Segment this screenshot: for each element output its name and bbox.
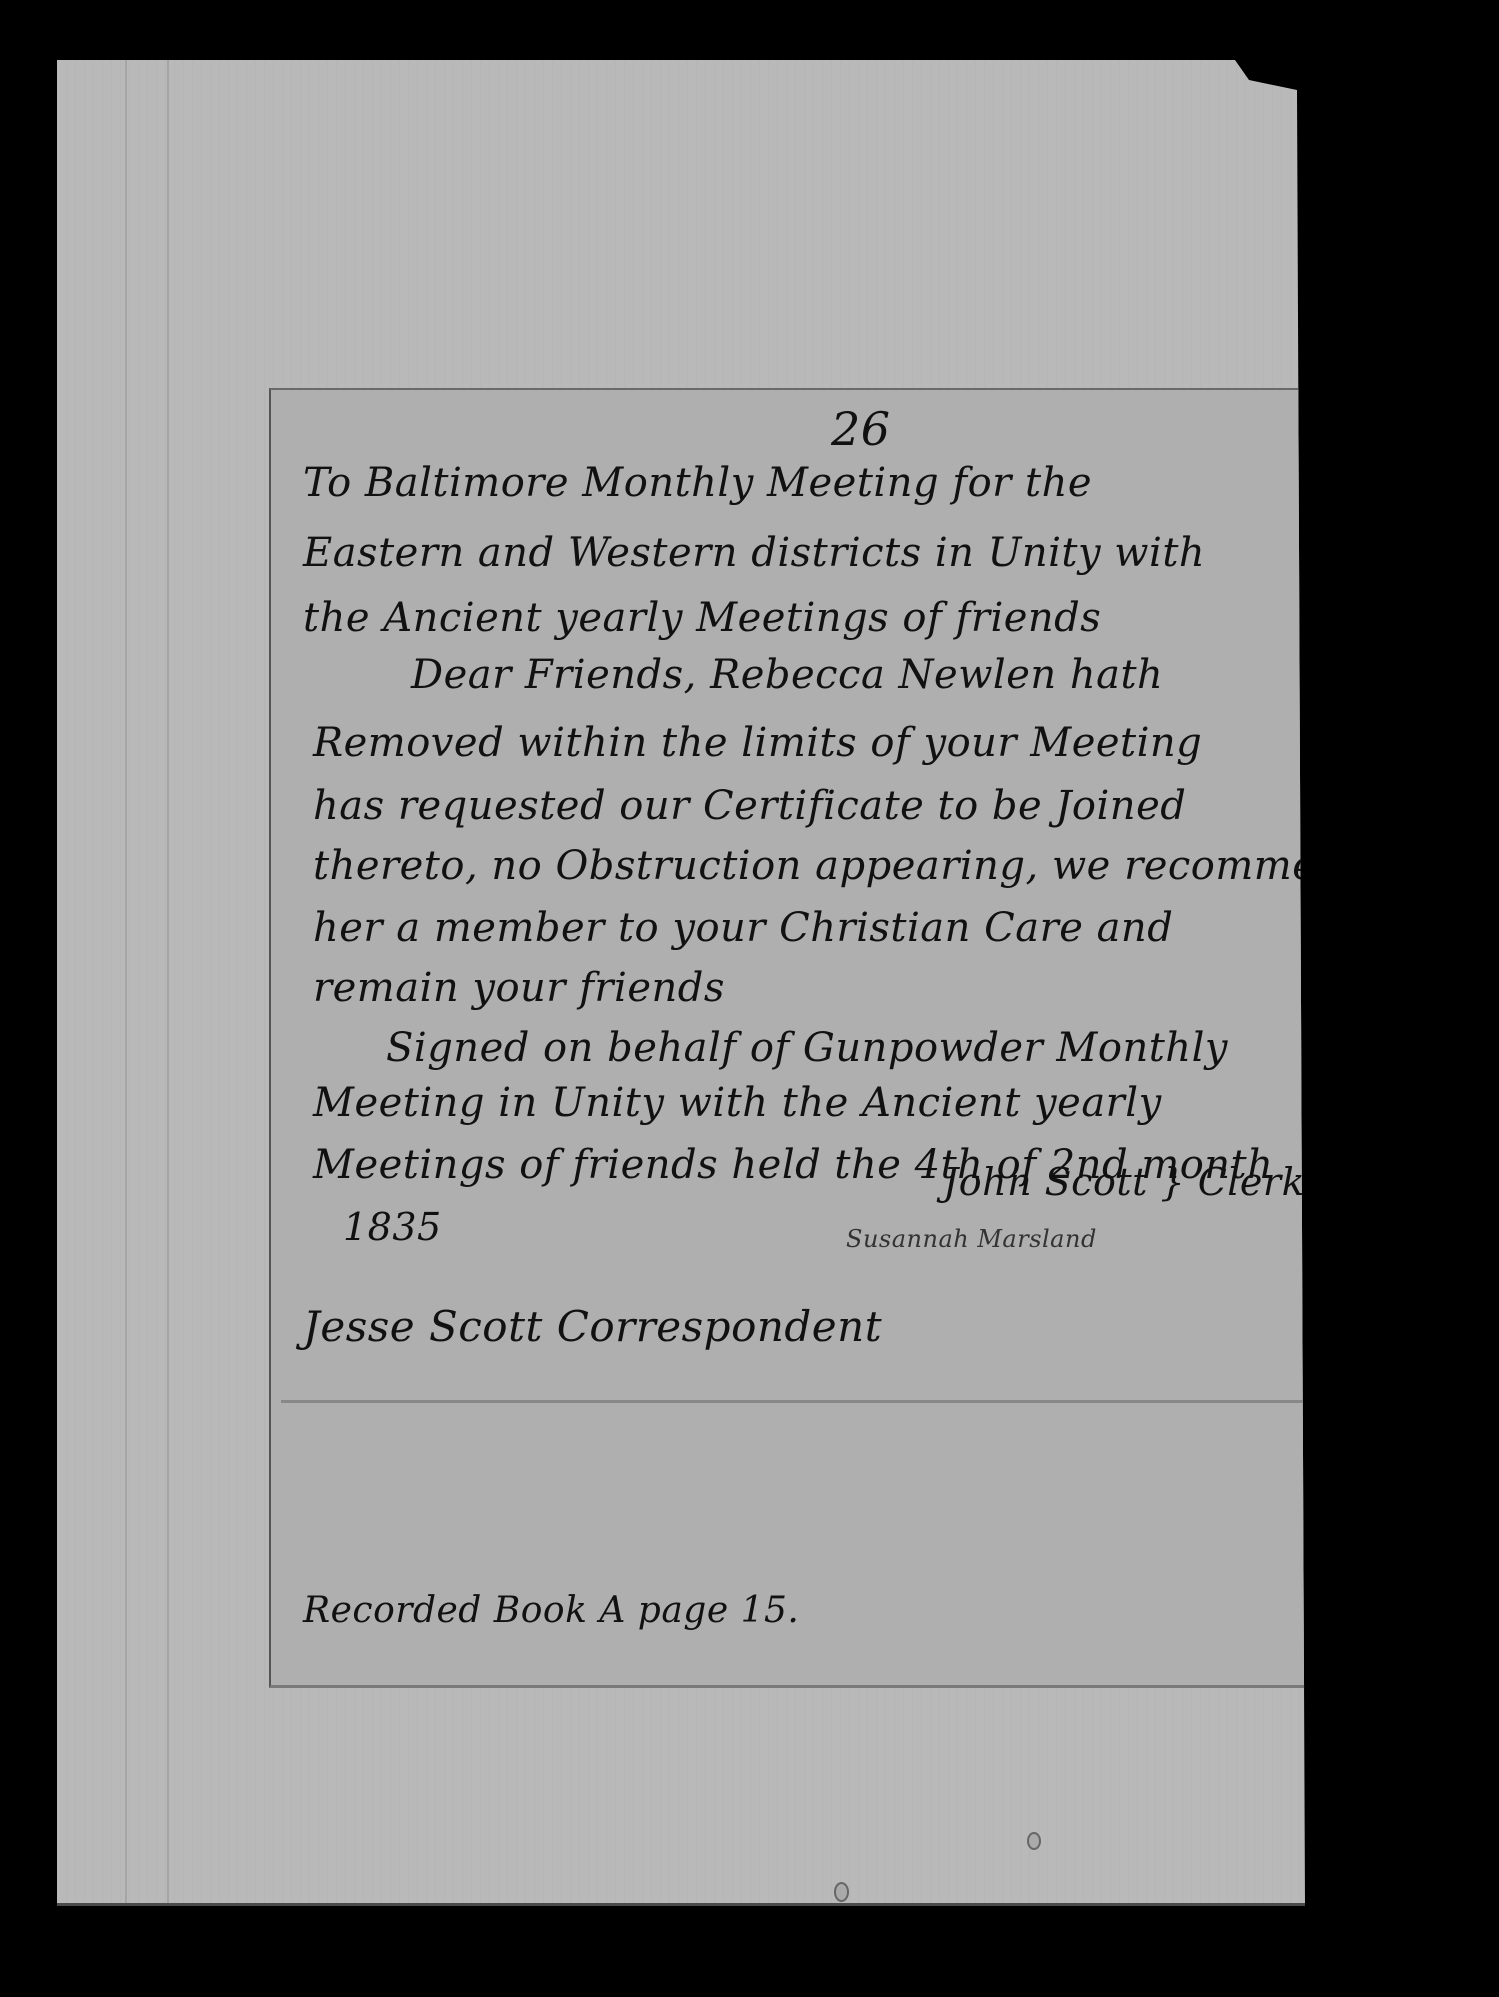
letter-line-body: her a member to your Christian Care and xyxy=(313,905,1173,951)
letter-line-closing: remain your friends xyxy=(313,965,725,1011)
margin-line xyxy=(125,60,127,1903)
letter-line-body: thereto, no Obstruction appearing, we re… xyxy=(313,843,1369,889)
page-number: 26 xyxy=(831,402,891,456)
letter-line-signed: Signed on behalf of Gunpowder Monthly xyxy=(386,1025,1228,1071)
date-year: 1835 xyxy=(343,1205,442,1249)
letter-line-signed: Meeting in Unity with the Ancient yearly xyxy=(313,1080,1162,1126)
mount-page: 26 To Baltimore Monthly Meeting for the … xyxy=(57,60,1377,1906)
correspondent-signature: Jesse Scott Correspondent xyxy=(303,1302,882,1351)
letter-line-body: has requested our Certificate to be Join… xyxy=(313,783,1186,829)
paper-blemish xyxy=(834,1882,849,1902)
handwritten-letter: 26 To Baltimore Monthly Meeting for the … xyxy=(269,388,1359,1688)
fold-line xyxy=(281,1400,1356,1403)
letter-line-address: To Baltimore Monthly Meeting for the xyxy=(303,460,1092,506)
letter-line-address: Eastern and Western districts in Unity w… xyxy=(303,530,1205,576)
letter-line-salutation: Dear Friends, Rebecca Newlen hath xyxy=(411,652,1163,698)
margin-line xyxy=(167,60,169,1903)
signature-clerk: John Scott } Clerks xyxy=(943,1160,1325,1204)
paper-blemish xyxy=(1327,1820,1343,1842)
recorded-note: Recorded Book A page 15. xyxy=(303,1590,799,1631)
letter-line-address: the Ancient yearly Meetings of friends xyxy=(303,595,1101,641)
letter-line-body: Removed within the limits of your Meetin… xyxy=(313,720,1202,766)
signature-clerk-2: Susannah Marsland xyxy=(846,1225,1097,1253)
paper-blemish xyxy=(1027,1832,1041,1850)
